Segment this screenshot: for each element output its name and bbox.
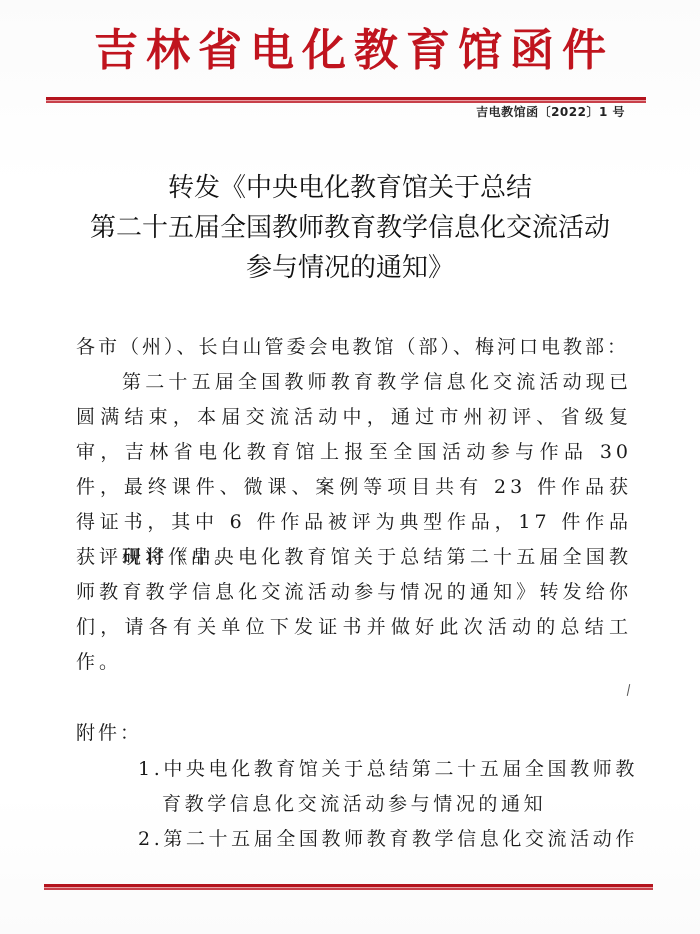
document-page: 吉林省电化教育馆函件 吉电教馆函〔2022〕1 号 转发《中央电化教育馆关于总结… (0, 0, 700, 934)
attachments-label: 附件： (76, 718, 142, 745)
salutation: 各市（州）、长白山管委会电教馆（部）、梅河口电教部： (76, 330, 632, 365)
masthead-red-rule (46, 97, 646, 101)
document-number: 吉电教馆函〔2022〕1 号 (476, 103, 625, 120)
title-line-1: 转发《中央电化教育馆关于总结 (0, 168, 700, 208)
body-paragraph-2: 现将《中央电化教育馆关于总结第二十五届全国教师教育教学信息化交流活动参与情况的通… (76, 540, 632, 680)
attachment-item-1: 1.中央电化教育馆关于总结第二十五届全国教师教 育教学信息化交流活动参与情况的通… (138, 752, 638, 822)
title-line-3: 参与情况的通知》 (0, 248, 700, 288)
attachment-number: 2. (138, 828, 163, 850)
document-title: 转发《中央电化教育馆关于总结 第二十五届全国教师教育教学信息化交流活动 参与情况… (0, 168, 700, 288)
attachment-text-line-2: 育教学信息化交流活动参与情况的通知 (138, 787, 638, 822)
attachment-list: 1.中央电化教育馆关于总结第二十五届全国教师教 育教学信息化交流活动参与情况的通… (138, 752, 638, 857)
attachment-text-line-1: 中央电化教育馆关于总结第二十五届全国教师教 (163, 758, 638, 780)
masthead-title: 吉林省电化教育馆函件 (0, 24, 700, 78)
attachment-item-2: 2.第二十五届全国教师教育教学信息化交流活动作 (138, 822, 638, 857)
attachment-text-line-1: 第二十五届全国教师教育教学信息化交流活动作 (163, 828, 638, 850)
stray-pen-mark (627, 684, 630, 696)
attachment-number: 1. (138, 758, 163, 780)
title-line-2: 第二十五届全国教师教育教学信息化交流活动 (0, 208, 700, 248)
footer-red-rule (44, 884, 653, 888)
